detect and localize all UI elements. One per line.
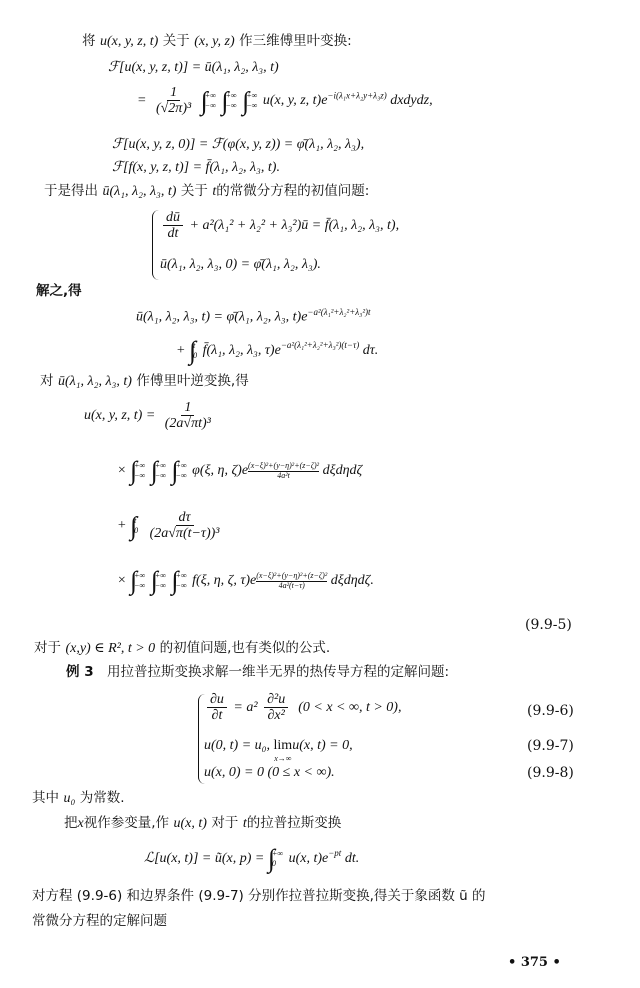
text-line-17: 对于 (x,y) ∈ R², t > 0 的初值问题,也有类似的公式.: [34, 640, 330, 658]
text-prefix: 对于: [34, 640, 61, 656]
fraction-denominator: (2a√πt)³: [162, 416, 214, 431]
boundary-condition: u(0, t) = u₀,: [204, 738, 270, 753]
example-3-heading: 例 3 用拉普拉斯变换求解一维半无界的热传导方程的定解问题:: [66, 664, 449, 681]
equation-fourier-def: ℱ[u(x, y, z, t)] = ū(λ₁, λ₂, λ₃, t): [108, 60, 279, 77]
equation-number-9-9-5: (9.9-5): [525, 617, 572, 633]
text-suffix: 作三维傅里叶变换:: [239, 33, 352, 49]
equals-sign: =: [137, 93, 146, 108]
fraction-numerator: dū: [163, 210, 183, 226]
integrand: f̄(λ₁, λ₂, λ₃, τ)e: [203, 343, 281, 358]
times-sign: ×: [117, 573, 126, 588]
system2-equation-a: ∂u ∂t = a² ∂²u ∂x² (0 < x < ∞, t > 0),: [204, 692, 401, 724]
example-label: 例 3: [66, 664, 94, 680]
text-prefix: 其中: [32, 790, 59, 806]
equation-initial-transform: ℱ[u(x, y, z, 0)] = ℱ(φ(x, y, z)) = φ̄(λ₁…: [112, 137, 364, 154]
text-mid: 对于: [211, 815, 238, 831]
text-suffix: 作傅里叶逆变换,得: [136, 373, 248, 389]
integral-limits: +∞−∞: [246, 91, 257, 110]
text-suffix: 的常微分方程的初值问题:: [216, 183, 369, 199]
differentials: dxdydz,: [390, 93, 432, 108]
text-suffix: 为常数.: [80, 790, 125, 806]
equation-solution-2: + ∫t0 f̄(λ₁, λ₂, λ₃, τ)e−a²(λ₁²+λ₂²+λ₃²)…: [176, 335, 378, 366]
fraction-numerator: dτ: [176, 510, 194, 526]
equation-inverse-term1: × ∫+∞−∞ ∫+∞−∞ ∫+∞−∞ φ(ξ, η, ζ)e(x−ξ)²+(y…: [117, 455, 362, 486]
equation-laplace-def: ℒ[u(x, t)] = ũ(x, p) = ∫+∞0 u(x, t)e−pt …: [144, 843, 359, 874]
integrand: u(x, t)e: [289, 851, 329, 866]
fraction: 1 (2a√πt)³: [162, 400, 214, 432]
math-condition: (x,y) ∈ R², t > 0: [65, 641, 155, 656]
system1-equation-a: dū dt + a²(λ₁² + λ₂² + λ₃²)ū = f̄(λ₁, λ₂…: [160, 210, 399, 242]
text-line-6: 于是得出 ū(λ₁, λ₂, λ₃, t) 关于 t的常微分方程的初值问题:: [44, 183, 369, 201]
integral-limits: +∞−∞: [205, 91, 216, 110]
exponent: −pt: [328, 848, 341, 858]
plus-sign: +: [117, 518, 126, 533]
integral-limits: +∞0: [272, 849, 283, 868]
fraction: ∂²u ∂x²: [264, 692, 288, 724]
fraction: 1 (√2π)³: [153, 85, 194, 117]
text-line-25: 常微分方程的定解问题: [32, 913, 167, 929]
math-function: ū(λ₁, λ₂, λ₃, t): [102, 184, 176, 199]
equation-inverse-term3: × ∫+∞−∞ ∫+∞−∞ ∫+∞−∞ f(ξ, η, ζ, τ)e(x−ξ)²…: [117, 565, 374, 596]
exponent: −a²(λ₁²+λ₂²+λ₃²)t: [307, 307, 370, 317]
equation-number-9-9-6: (9.9-6): [527, 703, 574, 719]
integral-limits: +∞−∞: [134, 571, 145, 590]
fraction-denominator: dt: [165, 226, 182, 241]
fraction-denominator: (2a√π(t−τ))³: [147, 526, 223, 541]
math-vars: (x, y, z): [194, 34, 234, 49]
text-prefix: 于是得出: [44, 183, 98, 199]
equation-lhs: ℒ[u(x, t)] = ũ(x, p) =: [144, 851, 264, 866]
text-line-21: 其中 u₀ 为常数.: [32, 790, 125, 808]
page-number: • 375 •: [508, 955, 561, 971]
plus-sign: +: [176, 343, 185, 358]
integral-limits: +∞−∞: [155, 461, 166, 480]
exponent-fraction: (x−ξ)²+(y−η)²+(z−ζ)²4a²(t−τ): [256, 572, 327, 591]
integrand: f(ξ, η, ζ, τ)e: [192, 573, 256, 588]
text-suffix: 的初值问题,也有类似的公式.: [160, 640, 331, 656]
equation-lhs: u(x, y, z, t) =: [84, 408, 155, 423]
math-function: u(x, t): [173, 816, 206, 831]
equation-rest: + a²(λ₁² + λ₂² + λ₃²)ū = f̄(λ₁, λ₂, λ₃, …: [190, 218, 400, 233]
equation-number-9-9-7: (9.9-7): [527, 738, 574, 754]
integral-limits: +∞−∞: [155, 571, 166, 590]
text-prefix: 把: [64, 815, 78, 831]
limit-expression: u(x, t) = 0,: [292, 738, 352, 753]
text-solve: 解之,得: [36, 283, 82, 299]
text-mid: 视作参变量,作: [84, 815, 169, 831]
integral-limits: +∞−∞: [226, 91, 237, 110]
text-line-22: 把x视作参变量,作 u(x, t) 对于 t的拉普拉斯变换: [64, 815, 341, 833]
equation-fourier-integral: = 1 (√2π)³ ∫+∞−∞ ∫+∞−∞ ∫+∞−∞ u(x, y, z, …: [137, 85, 433, 117]
system2-equation-c: u(x, 0) = 0 (0 ≤ x < ∞).: [204, 765, 335, 782]
text-mid: 关于: [163, 33, 190, 49]
text-prefix: 对: [40, 373, 54, 389]
fraction: ∂u ∂t: [207, 692, 227, 724]
limit-operator: lim x→∞: [274, 738, 293, 763]
fraction-numerator: 1: [167, 85, 180, 101]
fraction: dτ (2a√π(t−τ))³: [147, 510, 223, 542]
differential: dt.: [345, 851, 359, 866]
times-sign: ×: [117, 463, 126, 478]
integrand: φ(ξ, η, ζ)e: [192, 463, 248, 478]
fraction-numerator: 1: [181, 400, 194, 416]
fraction-numerator: ∂²u: [264, 692, 288, 708]
differential: dτ.: [363, 343, 379, 358]
math-var: u₀: [63, 791, 75, 806]
text-line-24: 对方程 (9.9-6) 和边界条件 (9.9-7) 分别作拉普拉斯变换,得关于象…: [32, 888, 486, 904]
text-suffix: 的拉普拉斯变换: [247, 815, 342, 831]
domain-condition: (0 < x < ∞, t > 0),: [298, 700, 401, 715]
text-prefix: 将: [82, 33, 96, 49]
text-line-12: 对 ū(λ₁, λ₂, λ₃, t) 作傅里叶逆变换,得: [40, 373, 249, 391]
exponent-fraction: (x−ξ)²+(y−η)²+(z−ζ)²4a²t: [248, 462, 319, 481]
equals-a-squared: = a²: [233, 700, 257, 715]
text-line-1: 将 u(x, y, z, t) 关于 (x, y, z) 作三维傅里叶变换:: [82, 33, 352, 51]
math-function: u(x, y, z, t): [100, 34, 158, 49]
equation-solution-1: ū(λ₁, λ₂, λ₃, t) = φ̄(λ₁, λ₂, λ₃, t)e−a²…: [136, 307, 371, 326]
system1-equation-b: ū(λ₁, λ₂, λ₃, 0) = φ̄(λ₁, λ₂, λ₃).: [160, 257, 321, 274]
exponent: −i(λ₁x+λ₂y+λ₃z): [327, 90, 386, 100]
fraction-denominator: ∂t: [209, 708, 226, 723]
integral-limits: +∞−∞: [176, 571, 187, 590]
equation-source-transform: ℱ[f(x, y, z, t)] = f̄(λ₁, λ₂, λ₃, t).: [112, 160, 280, 177]
text-mid: 关于: [181, 183, 208, 199]
differentials: dξdηdζ: [323, 463, 363, 478]
fraction-denominator: ∂x²: [264, 708, 287, 723]
equation-inverse-lhs: u(x, y, z, t) = 1 (2a√πt)³: [84, 400, 217, 432]
integral-limits: t0: [134, 516, 138, 535]
integral-limits: +∞−∞: [176, 461, 187, 480]
integral-limits: +∞−∞: [134, 461, 145, 480]
example-text: 用拉普拉斯变换求解一维半无界的热传导方程的定解问题:: [107, 664, 449, 680]
exponent: −a²(λ₁²+λ₂²+λ₃²)(t−τ): [281, 340, 359, 350]
fraction-denominator: (√2π)³: [153, 101, 194, 116]
equation-lhs: ū(λ₁, λ₂, λ₃, t) = φ̄(λ₁, λ₂, λ₃, t)e: [136, 310, 307, 325]
integrand: u(x, y, z, t): [263, 93, 321, 108]
fraction-numerator: ∂u: [207, 692, 227, 708]
left-brace: [152, 210, 159, 280]
equation-number-9-9-8: (9.9-8): [527, 765, 574, 781]
equation-inverse-term2: + ∫t0 dτ (2a√π(t−τ))³: [117, 510, 225, 542]
system2-equation-b: u(0, t) = u₀, lim x→∞ u(x, t) = 0,: [204, 738, 353, 763]
math-function: ū(λ₁, λ₂, λ₃, t): [58, 374, 132, 389]
fraction: dū dt: [163, 210, 183, 242]
differentials: dξdηdζ.: [331, 573, 374, 588]
integral-limits: t0: [193, 341, 197, 360]
